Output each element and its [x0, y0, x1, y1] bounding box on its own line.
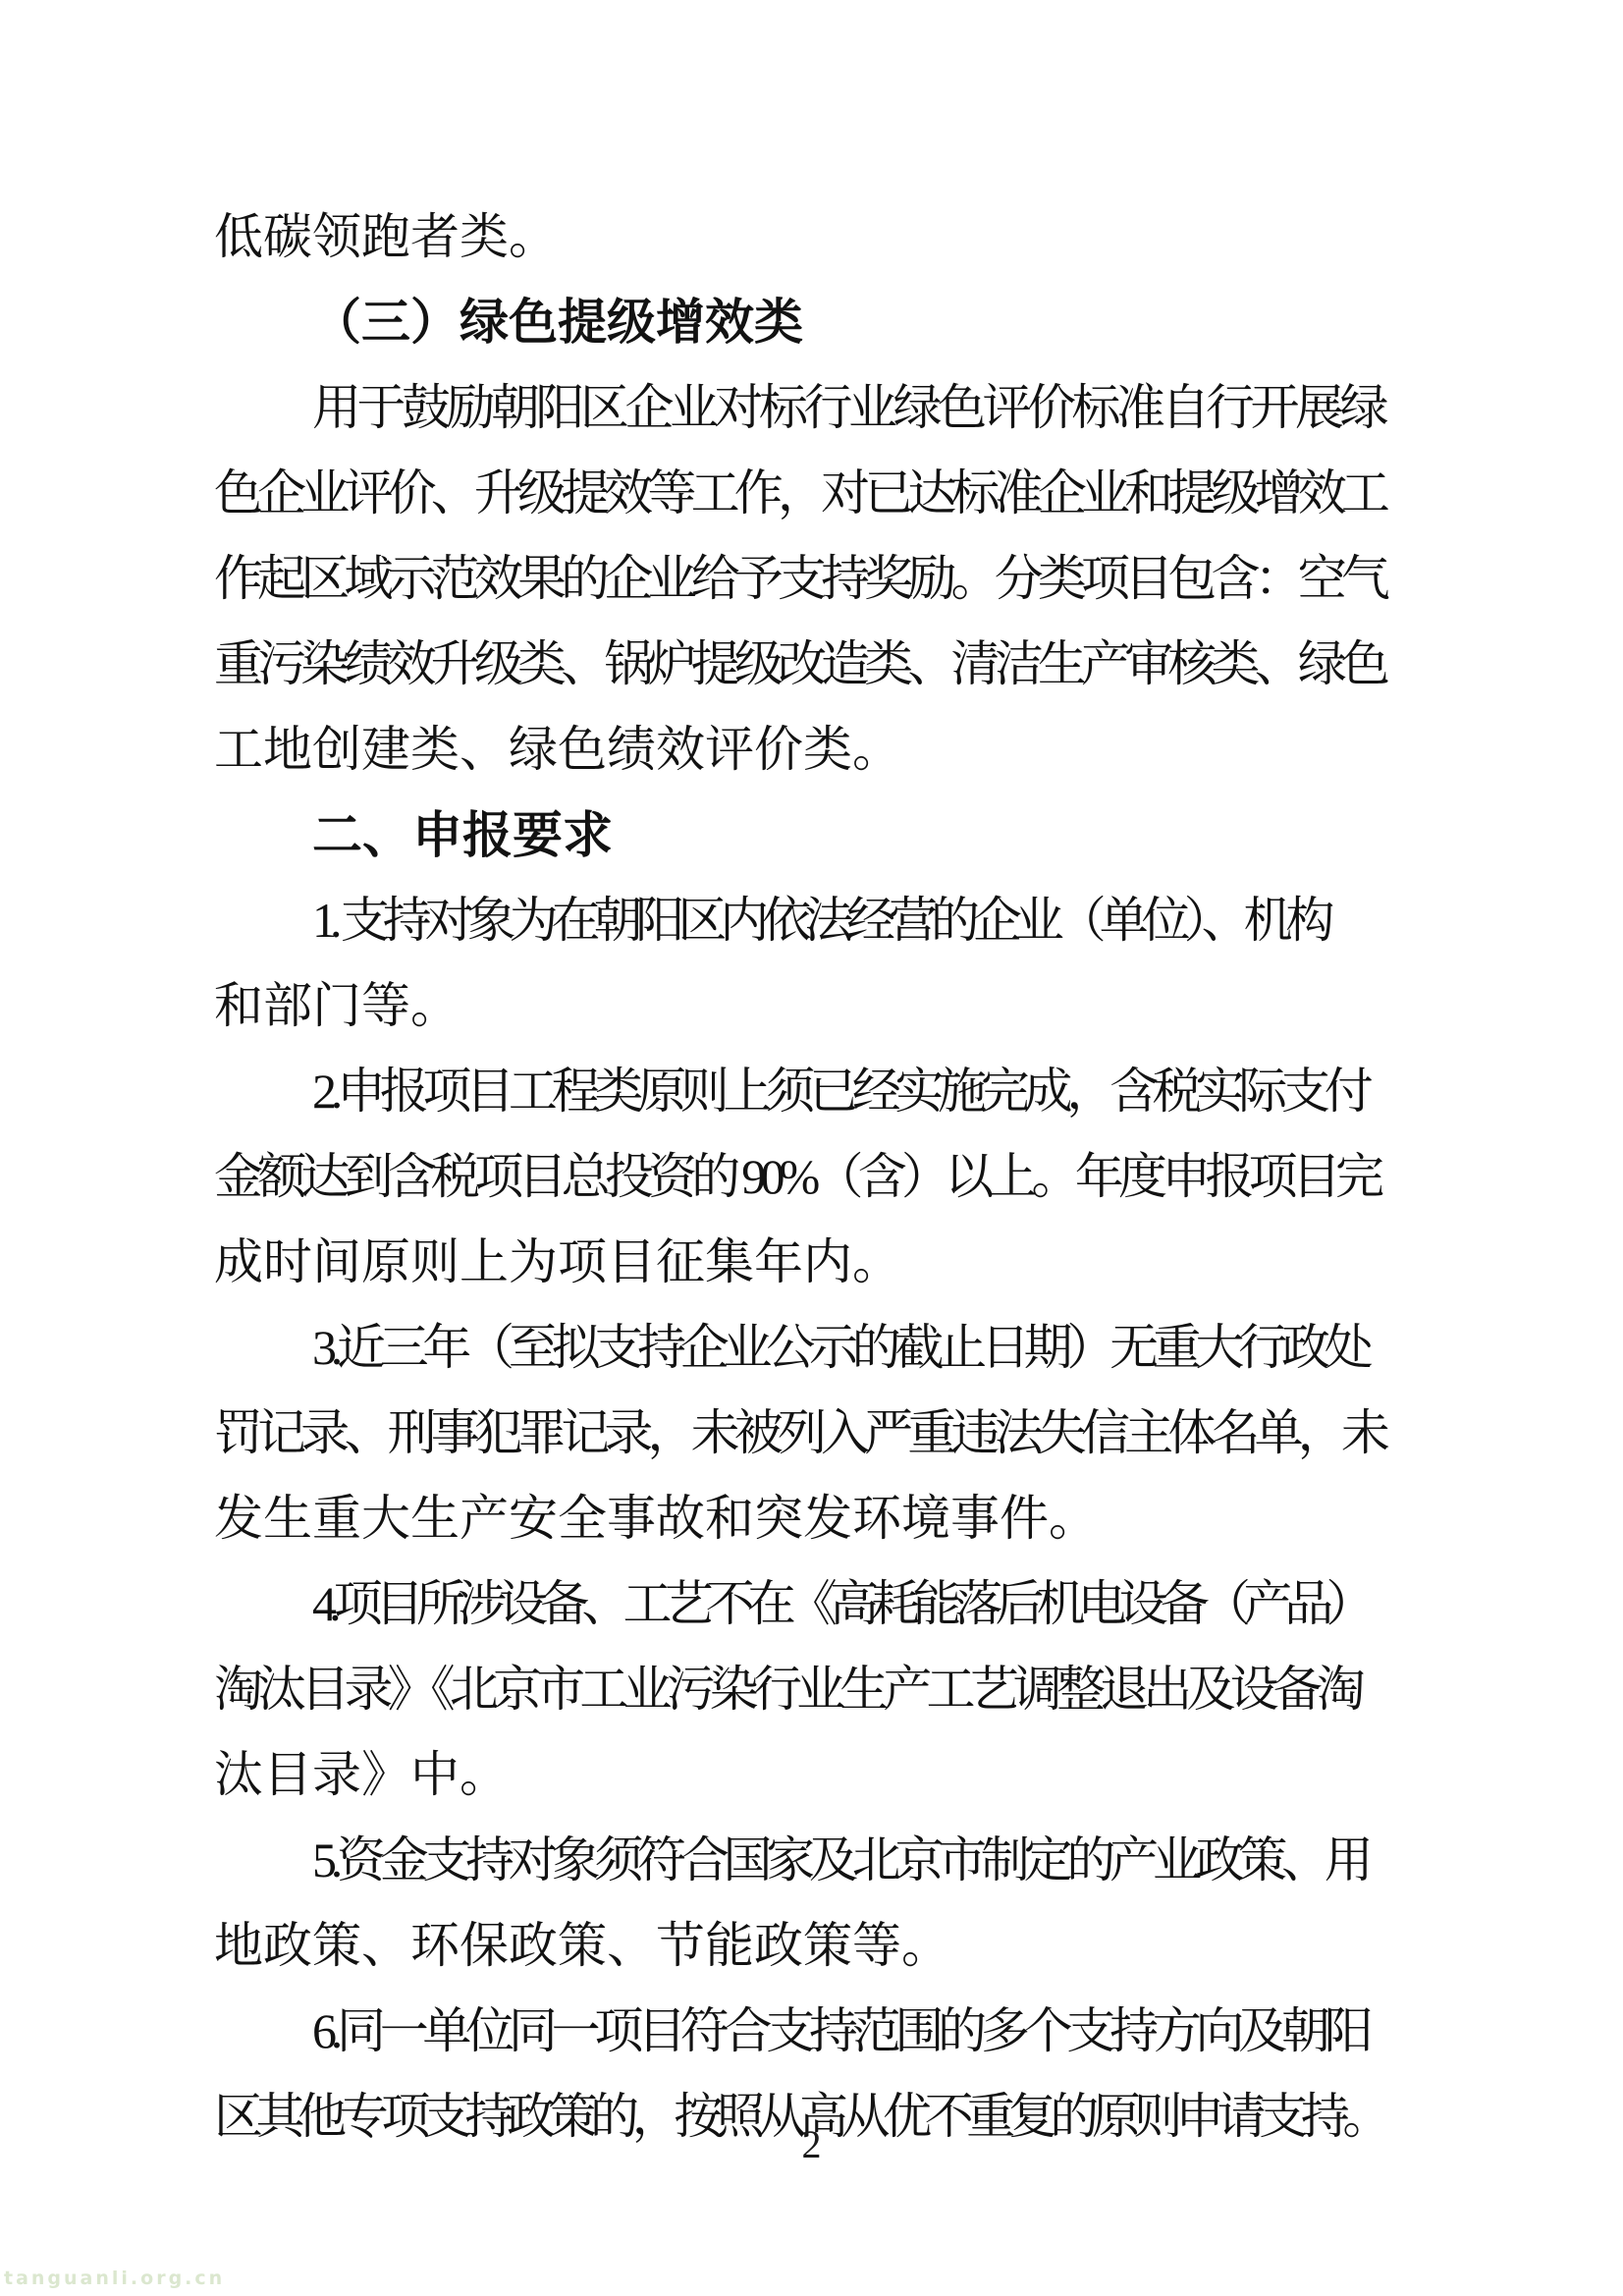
text-line: 用于鼓励朝阳区企业对标行业绿色评价标准自行开展绿 [214, 365, 1384, 451]
text-line: 发生重大生产安全事故和突发环境事件。 [214, 1476, 1384, 1561]
text-line: 5.资金支持对象须符合国家及北京市制定的产业政策、用 [214, 1818, 1384, 1903]
text-line: 淘汰目录》《北京市工业污染行业生产工艺调整退出及设备淘 [214, 1647, 1384, 1732]
text-line: 色企业评价、升级提效等工作，对已达标准企业和提级增效工 [214, 451, 1384, 536]
text-line: 低碳领跑者类。 [214, 194, 1384, 280]
text-line: 重污染绩效升级类、锅炉提级改造类、清洁生产审核类、绿色 [214, 622, 1384, 707]
text-line: 4.项目所涉设备、工艺不在《高耗能落后机电设备（产品） [214, 1561, 1384, 1647]
text-line: 成时间原则上为项目征集年内。 [214, 1220, 1384, 1305]
text-line: 工地创建类、绿色绩效评价类。 [214, 707, 1384, 793]
document-body: 低碳领跑者类。（三）绿色提级增效类用于鼓励朝阳区企业对标行业绿色评价标准自行开展… [214, 194, 1384, 2159]
sub-heading: （三）绿色提级增效类 [214, 280, 1384, 365]
section-heading: 二、申报要求 [214, 793, 1384, 878]
text-line: 6.同一单位同一项目符合支持范围的多个支持方向及朝阳 [214, 1989, 1384, 2074]
text-line: 作起区域示范效果的企业给予支持奖励。分类项目包含：空气 [214, 536, 1384, 622]
page-number: 2 [0, 2121, 1623, 2168]
watermark: tanguanli.org.cn [4, 2267, 225, 2290]
document-page: 低碳领跑者类。（三）绿色提级增效类用于鼓励朝阳区企业对标行业绿色评价标准自行开展… [0, 0, 1623, 2296]
text-line: 3.近三年（至拟支持企业公示的截止日期）无重大行政处 [214, 1305, 1384, 1391]
text-line: 1. 支持对象为在朝阳区内依法经营的企业（单位）、机构 [214, 878, 1384, 963]
text-line: 和部门等。 [214, 963, 1384, 1049]
text-line: 罚记录、刑事犯罪记录，未被列入严重违法失信主体名单，未 [214, 1391, 1384, 1476]
text-line: 2.申报项目工程类原则上须已经实施完成，含税实际支付 [214, 1049, 1384, 1134]
text-line: 汰目录》中。 [214, 1732, 1384, 1818]
text-line: 金额达到含税项目总投资的 90%（含）以上。年度申报项目完 [214, 1134, 1384, 1220]
text-line: 地政策、环保政策、节能政策等。 [214, 1903, 1384, 1989]
